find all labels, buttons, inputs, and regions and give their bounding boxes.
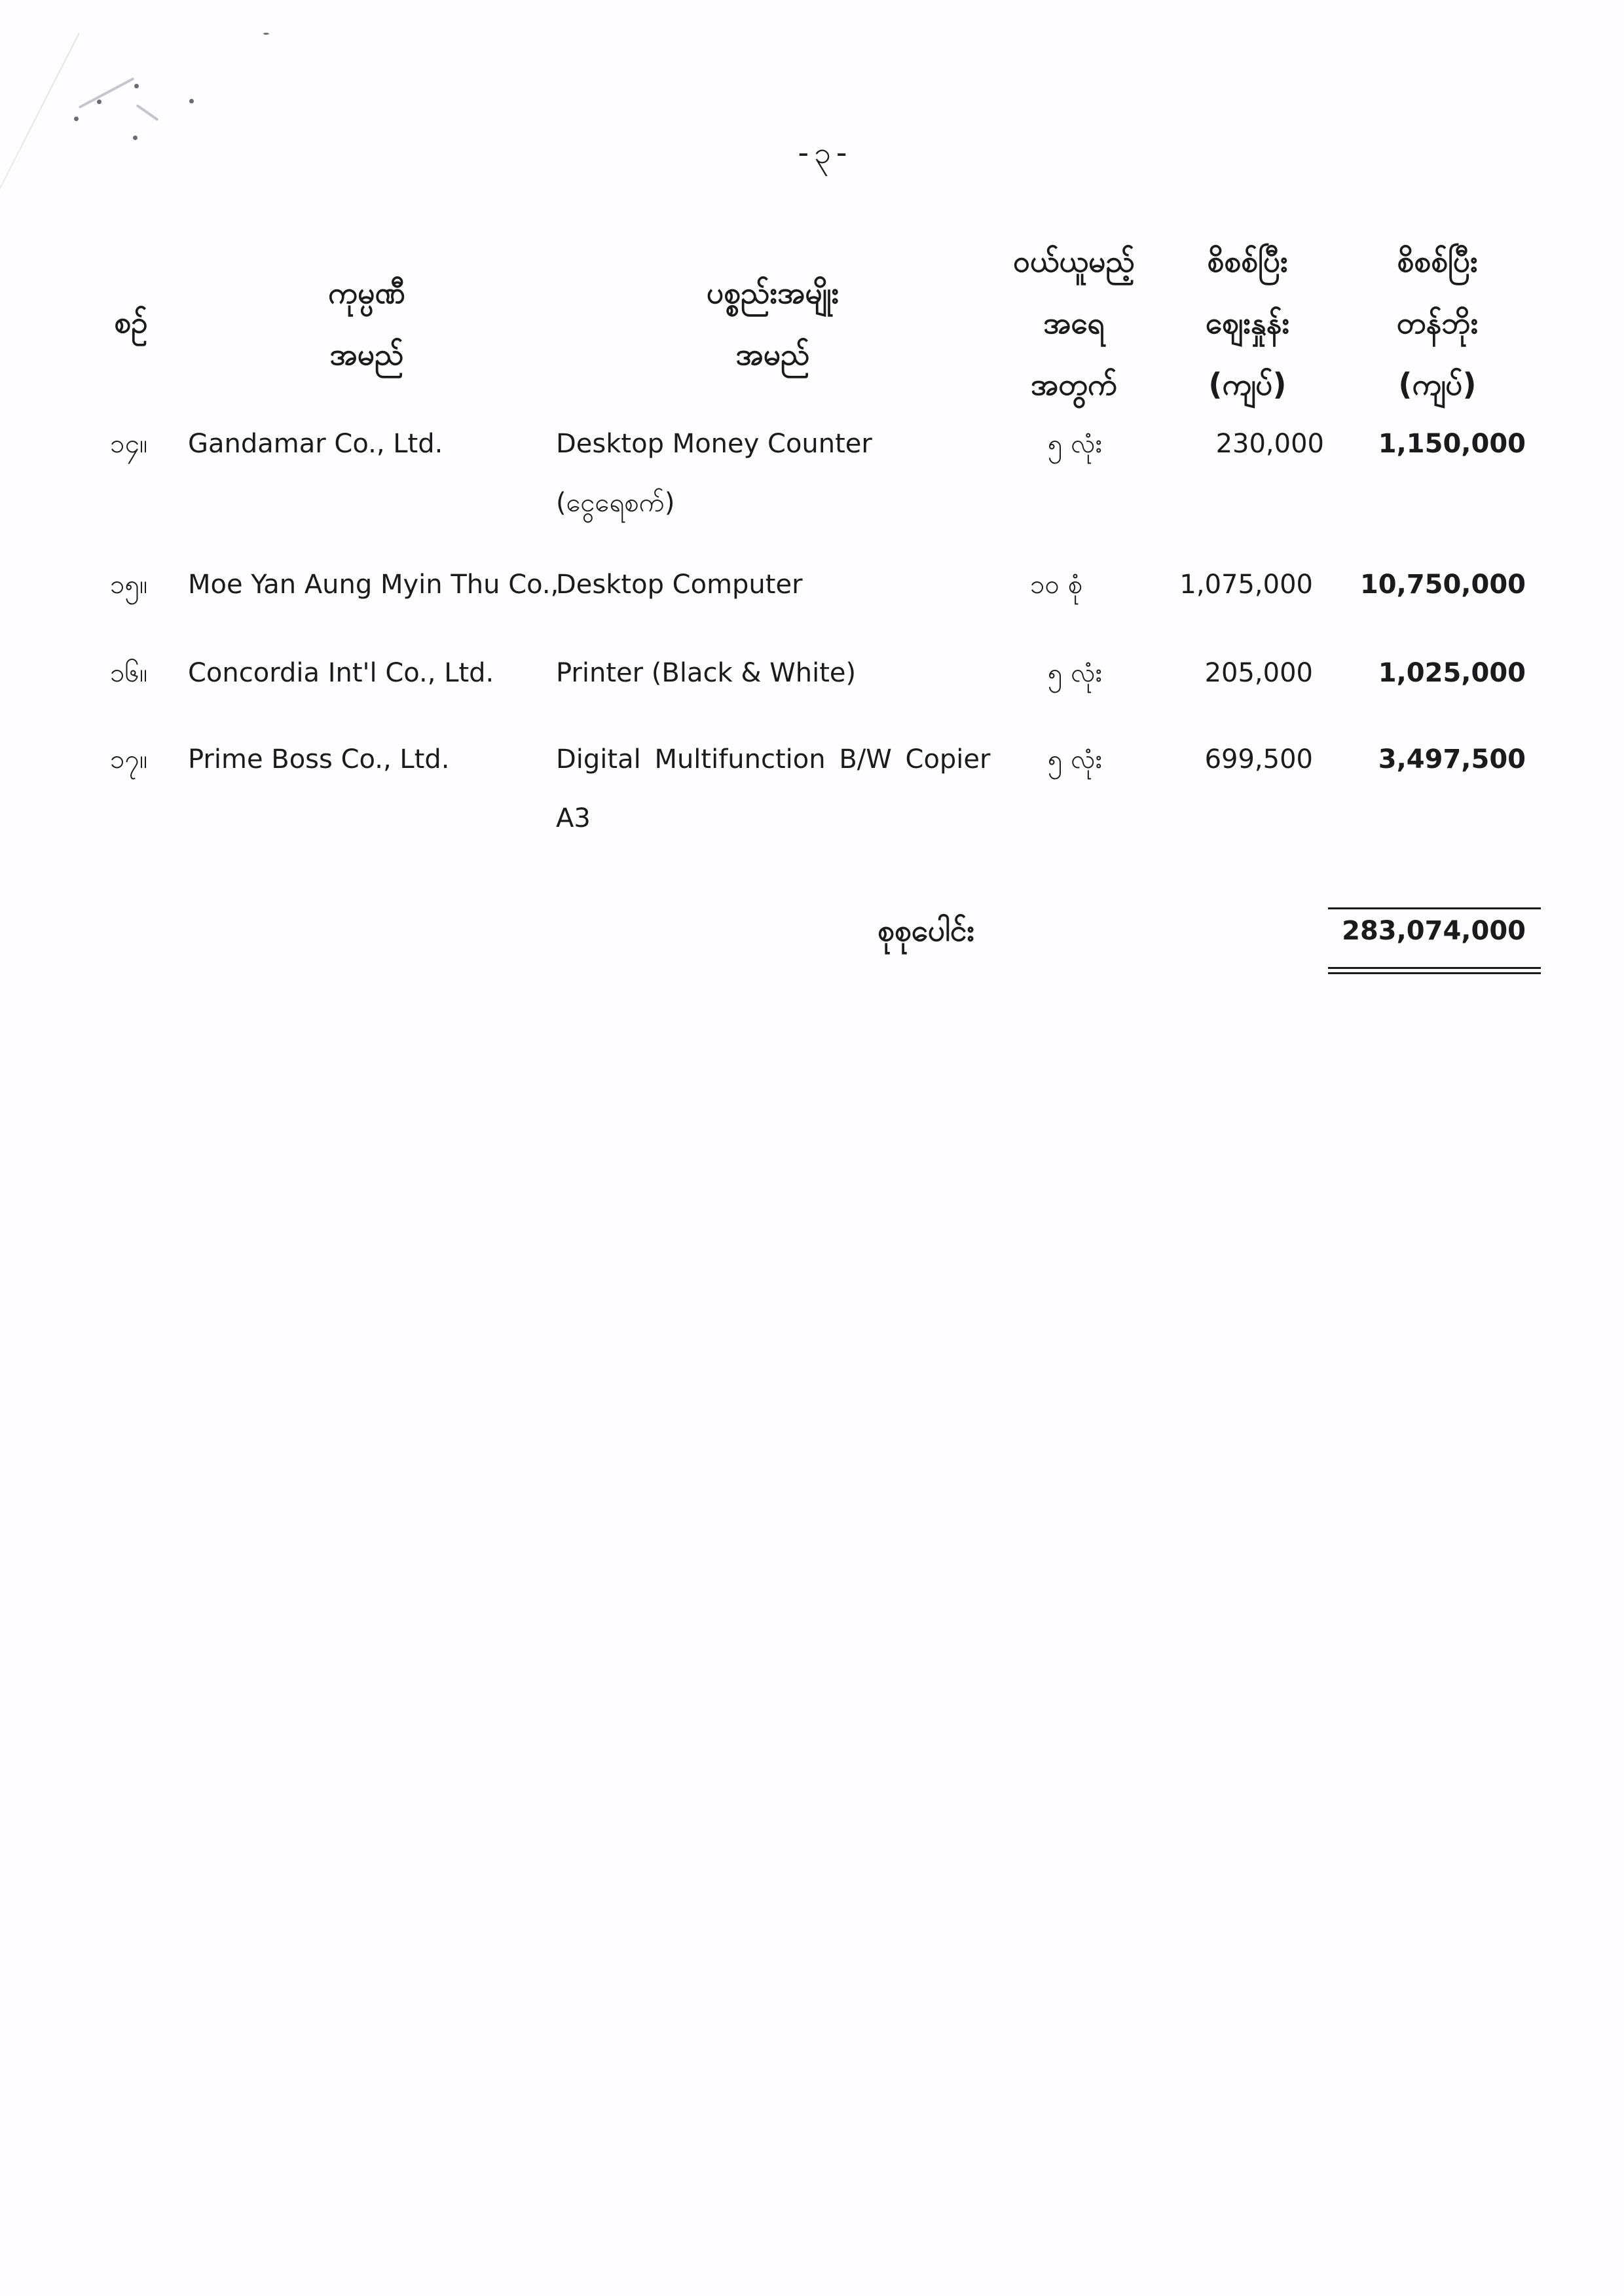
row-serial: ၁၄။ (110, 414, 147, 473)
header-quantity-line-1: ဝယ်ယူမည့် (989, 230, 1159, 292)
row-unit-price: 205,000 (1146, 644, 1313, 702)
scan-artifact-dot (74, 117, 79, 121)
row-company: Gandamar Co., Ltd. (188, 414, 443, 473)
header-item-line-2: အမည် (655, 323, 891, 385)
header-item-line-1: ပစ္စည်းအမျိုး (655, 262, 891, 323)
grand-total-double-rule-2 (1328, 972, 1541, 974)
scan-artifact-dot (134, 84, 139, 88)
header-quantity: ဝယ်ယူမည့် အရေ အတွက် (989, 230, 1159, 415)
header-company-name: ကုမ္ပဏီ အမည် (288, 262, 445, 385)
header-quantity-line-3: အတွက် (989, 354, 1159, 415)
header-total-line-3: (ကျပ်) (1362, 354, 1513, 415)
header-unit-price: စိစစ်ပြီး ဈေးနှုန်း (ကျပ်) (1172, 230, 1323, 415)
scan-artifact-mark (136, 104, 158, 121)
header-item-name: ပစ္စည်းအမျိုး အမည် (655, 262, 891, 385)
header-unit-price-line-1: စိစစ်ပြီး (1172, 230, 1323, 292)
row-total-value: 1,025,000 (1329, 644, 1526, 702)
row-serial: ၁၅။ (110, 555, 147, 614)
row-quantity: ၅ လုံး (1048, 730, 1102, 789)
header-total-value: စိစစ်ပြီး တန်ဘိုး (ကျပ်) (1362, 230, 1513, 415)
header-serial-line: စဉ် (105, 291, 157, 353)
grand-total-double-rule-1 (1328, 967, 1541, 969)
header-unit-price-line-2: ဈေးနှုန်း (1172, 292, 1323, 354)
header-total-line-1: စိစစ်ပြီး (1362, 230, 1513, 292)
page-number: -၃- (786, 134, 864, 178)
scan-artifact-line (0, 33, 80, 278)
header-quantity-line-2: အရေ (989, 292, 1159, 354)
row-quantity: ၅ လုံး (1048, 644, 1102, 702)
row-quantity: ၁၀ စုံ (1030, 555, 1082, 614)
header-company-line-2: အမည် (288, 323, 445, 385)
row-company: Moe Yan Aung Myin Thu Co., (188, 555, 559, 614)
row-unit-price: 699,500 (1146, 730, 1313, 789)
row-serial: ၁၆။ (110, 644, 147, 702)
scan-artifact-dot (189, 99, 194, 103)
scan-artifact-mark (79, 77, 135, 109)
row-total-value: 1,150,000 (1329, 414, 1526, 473)
row-company: Concordia Int'l Co., Ltd. (188, 644, 494, 702)
row-unit-price: 230,000 (1179, 414, 1324, 473)
row-serial: ၁၇။ (110, 730, 147, 789)
row-quantity: ၅ လုံး (1048, 414, 1102, 473)
row-item: Printer (Black & White) (556, 644, 856, 702)
scan-artifact-dot (97, 100, 101, 104)
row-item: Desktop Money Counter (556, 414, 872, 473)
grand-total-label: စုစုပေါင်း (877, 901, 974, 960)
scan-artifact-dot (133, 136, 138, 140)
grand-total-value: 283,074,000 (1329, 902, 1526, 960)
row-company: Prime Boss Co., Ltd. (188, 730, 450, 789)
row-item-line-2: A3 (556, 789, 591, 848)
header-unit-price-line-3: (ကျပ်) (1172, 354, 1323, 415)
row-unit-price: 1,075,000 (1146, 555, 1313, 614)
header-total-line-2: တန်ဘိုး (1362, 292, 1513, 354)
row-item-line-2: (ငွေရေစက်) (556, 473, 674, 532)
header-company-line-1: ကုမ္ပဏီ (288, 262, 445, 323)
row-total-value: 10,750,000 (1329, 555, 1526, 614)
scan-artifact-dot (263, 33, 269, 35)
row-total-value: 3,497,500 (1329, 730, 1526, 789)
row-item: Digital Multifunction B/W Copier (556, 730, 990, 789)
header-serial: စဉ် (105, 291, 157, 353)
row-item: Desktop Computer (556, 555, 803, 614)
